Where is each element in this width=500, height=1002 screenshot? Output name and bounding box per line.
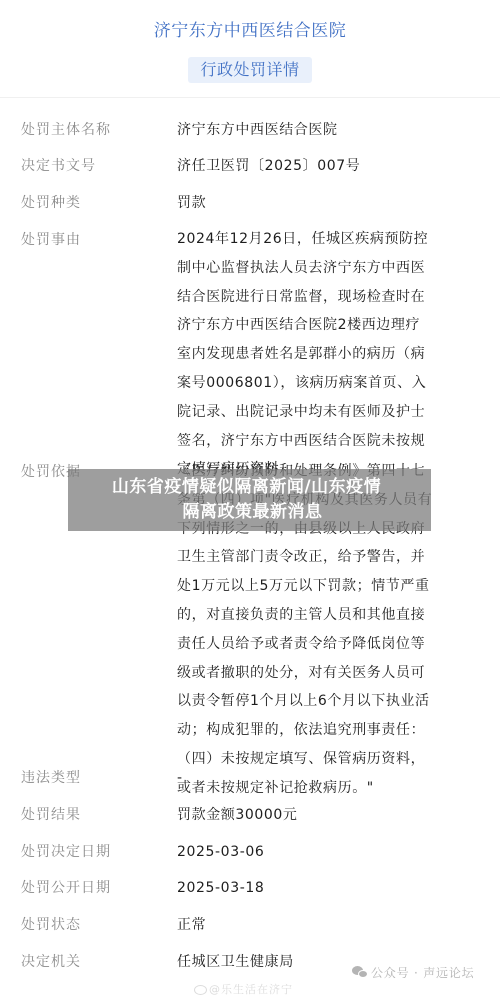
- wechat-watermark: 公众号 · 声远论坛: [352, 964, 474, 981]
- weibo-watermark: @乐生活在济宁: [194, 981, 293, 997]
- basis-line: 的，对直接负责的主管人员和其他直接: [177, 601, 463, 630]
- reason-line: 室内发现患者姓名是郭群小的病历（病: [177, 340, 463, 369]
- basis-line: 级或者撤职的处分，对有关医务人员可: [177, 659, 463, 688]
- value-decision-number: 济任卫医罚〔2025〕007号: [177, 155, 463, 177]
- basis-line: 卫生主管部门责令改正，给予警告，并: [177, 543, 463, 572]
- wechat-icon: [352, 966, 368, 979]
- header: 济宁东方中西医结合医院 行政处罚详情: [0, 0, 500, 98]
- reason-line: 2024年12月26日，任城区疾病预防控: [177, 225, 463, 254]
- label-penalty-status: 处罚状态: [21, 914, 161, 936]
- value-publish-date: 2025-03-18: [177, 877, 463, 899]
- label-publish-date: 处罚公开日期: [21, 877, 161, 899]
- basis-line: 以责令暂停1个月以上6个月以下执业活: [177, 687, 463, 716]
- detail-tag: 行政处罚详情: [188, 57, 312, 83]
- label-penalty-reason: 处罚事由: [21, 229, 161, 251]
- label-decision-date: 处罚决定日期: [21, 841, 161, 863]
- reason-line: 济宁东方中西医结合医院2楼西边理疗: [177, 311, 463, 340]
- label-penalty-type: 处罚种类: [21, 192, 161, 214]
- overlay-line-1: 山东省疫情疑似隔离新闻/山东疫情: [62, 475, 431, 500]
- label-decision-authority: 决定机关: [21, 951, 161, 973]
- label-decision-number: 决定书文号: [21, 155, 161, 177]
- label-penalty-result: 处罚结果: [21, 804, 161, 826]
- reason-line: 结合医院进行日常监督，现场检查时在: [177, 283, 463, 312]
- value-penalty-result: 罚款金额30000元: [177, 804, 463, 826]
- wechat-watermark-text: 公众号 · 声远论坛: [371, 966, 474, 980]
- basis-line: 动；构成犯罪的，依法追究刑事责任：: [177, 716, 463, 745]
- reason-line: 院记录、出院记录中均未有医师及护士: [177, 398, 463, 427]
- basis-line: 处1万元以上5万元以下罚款；情节严重: [177, 572, 463, 601]
- reason-line: 案号0006801），该病历病案首页、入: [177, 369, 463, 398]
- weibo-watermark-text: @乐生活在济宁: [209, 983, 293, 996]
- overlay-line-2: 隔离政策最新消息: [74, 500, 431, 525]
- reason-line: 制中心监督执法人员去济宁东方中西医: [177, 254, 463, 283]
- basis-line: 责任人员给予或者责令给予降低岗位等: [177, 630, 463, 659]
- value-penalty-status: 正常: [177, 914, 463, 936]
- headline-overlay-banner: 山东省疫情疑似隔离新闻/山东疫情 隔离政策最新消息: [68, 469, 431, 531]
- label-violation-type: 违法类型: [21, 767, 161, 789]
- value-entity-name: 济宁东方中西医结合医院: [177, 119, 463, 141]
- value-penalty-type: 罚款: [177, 192, 463, 214]
- penalty-detail-page: 济宁东方中西医结合医院 行政处罚详情 处罚主体名称 济宁东方中西医结合医院 决定…: [0, 0, 500, 1002]
- hospital-title: 济宁东方中西医结合医院: [0, 18, 500, 44]
- label-entity-name: 处罚主体名称: [21, 119, 161, 141]
- value-decision-date: 2025-03-06: [177, 841, 463, 863]
- value-violation-type: -: [177, 767, 463, 789]
- reason-line: 签名，济宁东方中西医结合医院未按规: [177, 427, 463, 456]
- value-penalty-reason: 2024年12月26日，任城区疾病预防控 制中心监督执法人员去济宁东方中西医 结…: [177, 225, 463, 484]
- weibo-icon: [194, 985, 207, 995]
